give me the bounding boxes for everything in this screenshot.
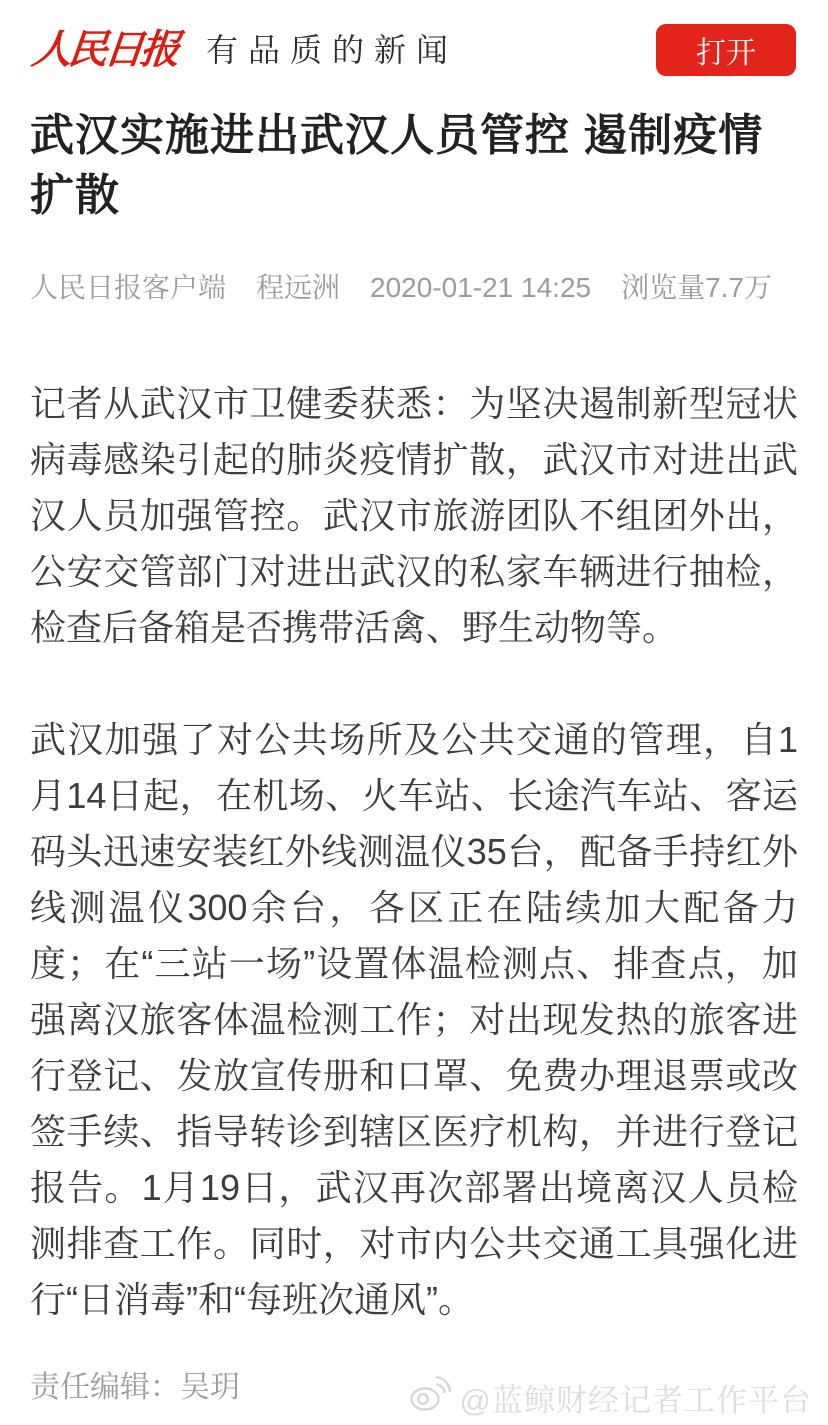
banner-tagline: 有品质的新闻	[206, 34, 458, 66]
meta-datetime: 2020-01-21 14:25	[370, 272, 591, 304]
meta-author: 程远洲	[256, 266, 340, 306]
peoples-daily-logo[interactable]: 人民日报	[30, 30, 178, 70]
open-app-button[interactable]: 打开	[656, 24, 796, 76]
article-paragraph-2: 武汉加强了对公共场所及公共交通的管理，自1月14日起，在机场、火车站、长途汽车站…	[30, 712, 798, 1328]
article-paragraph-1: 记者从武汉市卫健委获悉：为坚决遏制新型冠状病毒感染引起的肺炎疫情扩散，武汉市对进…	[30, 376, 798, 656]
article-page: 人民日报 有品质的新闻 打开 武汉实施进出武汉人员管控 遏制疫情扩散 人民日报客…	[0, 0, 828, 1425]
meta-view-count: 浏览量7.7万	[621, 266, 772, 306]
article-title: 武汉实施进出武汉人员管控 遏制疫情扩散	[30, 106, 798, 226]
meta-source: 人民日报客户端	[30, 266, 226, 306]
article-meta: 人民日报客户端 程远洲 2020-01-21 14:25 浏览量7.7万	[30, 266, 798, 306]
app-banner: 人民日报 有品质的新闻 打开	[0, 0, 828, 78]
article-body: 武汉实施进出武汉人员管控 遏制疫情扩散 人民日报客户端 程远洲 2020-01-…	[0, 106, 828, 1406]
editor-credit: 责任编辑：吴玥	[30, 1362, 798, 1406]
